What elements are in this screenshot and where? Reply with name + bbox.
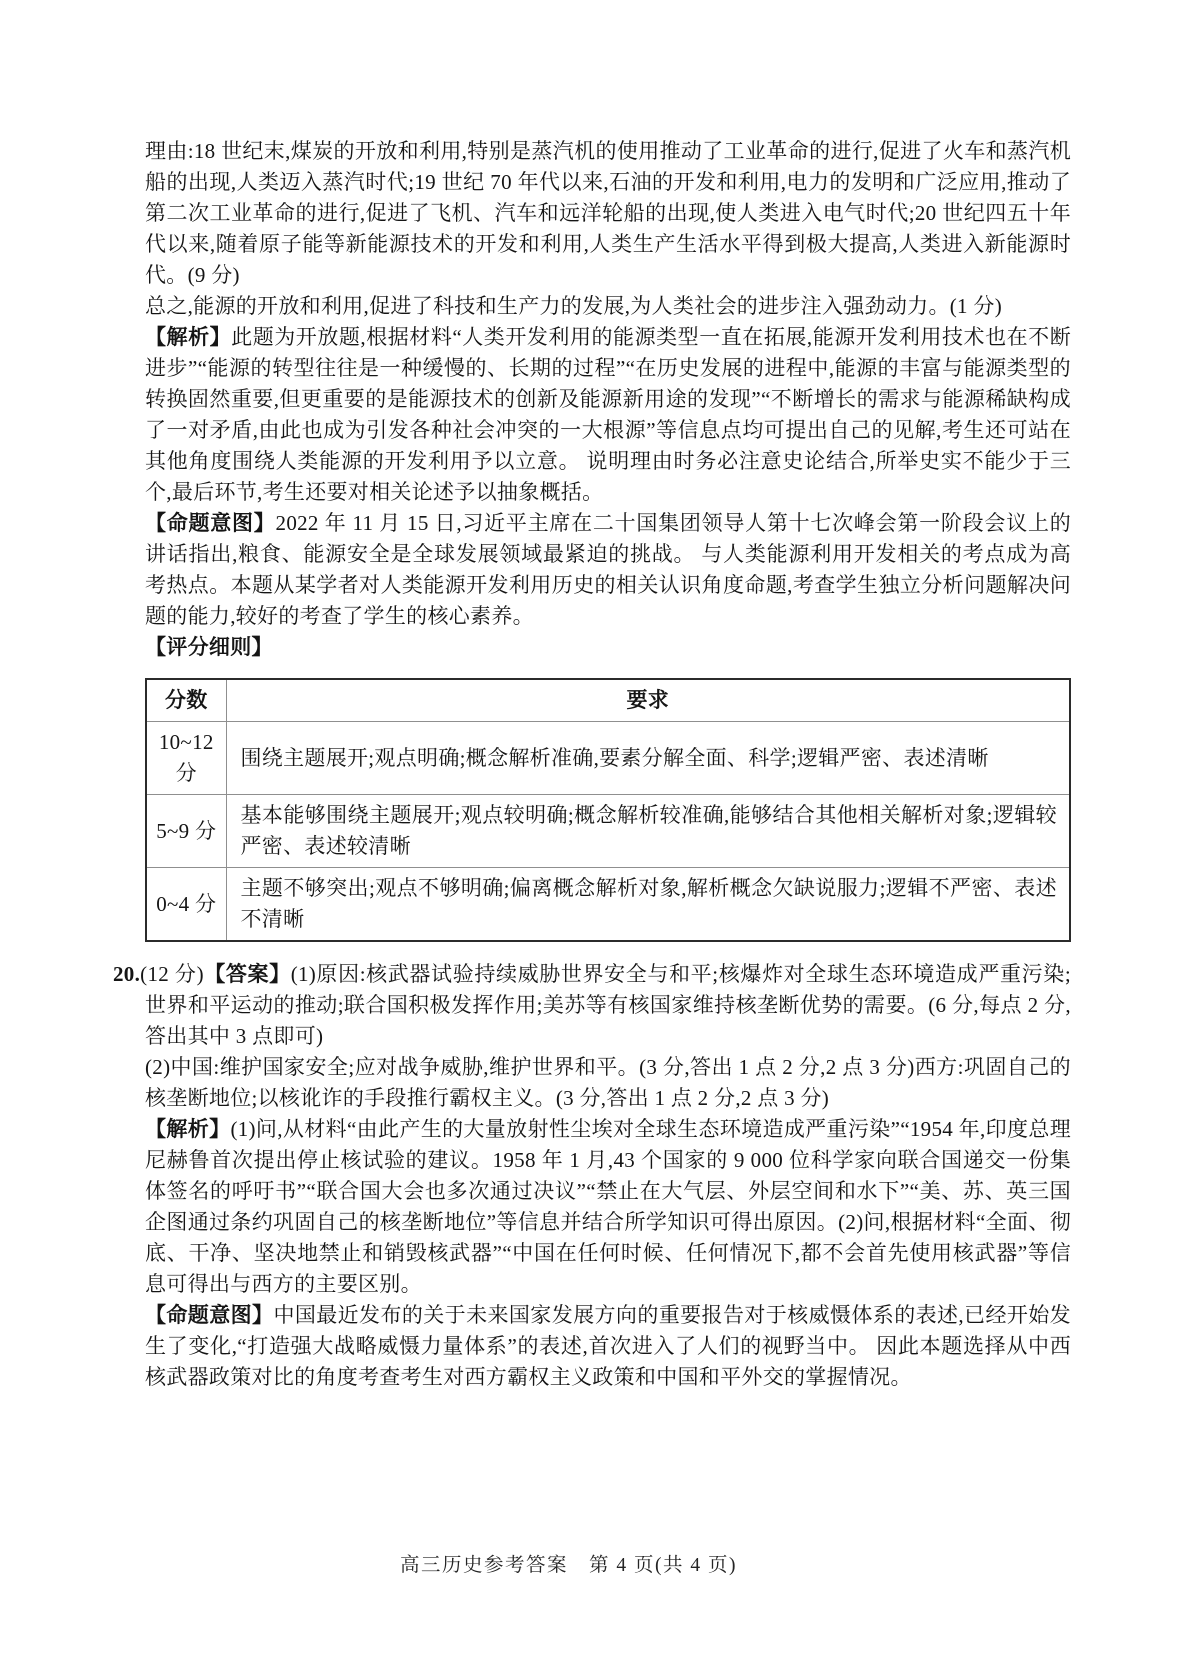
rubric-score-cell: 0~4 分 — [146, 868, 226, 942]
intent-text: 2022 年 11 月 15 日,习近平主席在二十国集团领导人第十七次峰会第一阶… — [145, 511, 1071, 628]
rubric-label: 【评分细则】 — [145, 635, 273, 659]
analysis-label: 【解析】 — [145, 1117, 230, 1141]
page-footer: 高三历史参考答案 第 4 页(共 4 页) — [400, 1549, 737, 1577]
rubric-score-header: 分数 — [146, 679, 226, 722]
rubric-table: 分数 要求 10~12 分 围绕主题展开;观点明确;概念解析准确,要素分解全面、… — [145, 678, 1071, 942]
rubric-requirement-cell: 围绕主题展开;观点明确;概念解析准确,要素分解全面、科学;逻辑严密、表述清晰 — [226, 722, 1070, 795]
intent-text: 中国最近发布的关于未来国家发展方向的重要报告对于核威慑体系的表述,已经开始发生了… — [145, 1303, 1071, 1389]
analysis-text: 此题为开放题,根据材料“人类开发利用的能源类型一直在拓展,能源开发利用技术也在不… — [145, 325, 1071, 504]
q20-analysis-paragraph: 【解析】(1)问,从材料“由此产生的大量放射性尘埃对全球生态环境造成严重污染”“… — [145, 1114, 1071, 1300]
q19-analysis-paragraph: 【解析】此题为开放题,根据材料“人类开发利用的能源类型一直在拓展,能源开发利用技… — [145, 322, 1071, 508]
document-page: 理由:18 世纪末,煤炭的开放和利用,特别是蒸汽机的使用推动了工业革命的进行,促… — [0, 0, 1200, 1673]
rubric-requirement-header: 要求 — [226, 679, 1070, 722]
rubric-requirement-cell: 基本能够围绕主题展开;观点较明确;概念解析较准确,能够结合其他相关解析对象;逻辑… — [226, 795, 1070, 868]
q20-intent-paragraph: 【命题意图】中国最近发布的关于未来国家发展方向的重要报告对于核威慑体系的表述,已… — [145, 1300, 1071, 1393]
q20-item: 20.(12 分)【答案】(1)原因:核武器试验持续威胁世界安全与和平;核爆炸对… — [145, 959, 1071, 1393]
q20-answer-paragraph-2: (2)中国:维护国家安全;应对战争威胁,维护世界和平。(3 分,答出 1 点 2… — [145, 1052, 1071, 1114]
rubric-heading: 【评分细则】 — [145, 632, 1071, 663]
rubric-row: 0~4 分 主题不够突出;观点不够明确;偏离概念解析对象,解析概念欠缺说服力;逻… — [146, 868, 1070, 942]
rubric-score-cell: 5~9 分 — [146, 795, 226, 868]
intent-label: 【命题意图】 — [145, 511, 276, 535]
q19-intent-paragraph: 【命题意图】2022 年 11 月 15 日,习近平主席在二十国集团领导人第十七… — [145, 508, 1071, 632]
rubric-header-row: 分数 要求 — [146, 679, 1070, 722]
answer-sheet-content: 理由:18 世纪末,煤炭的开放和利用,特别是蒸汽机的使用推动了工业革命的进行,促… — [145, 136, 1071, 1393]
q19-answer-paragraph-2: 总之,能源的开放和利用,促进了科技和生产力的发展,为人类社会的进步注入强劲动力。… — [145, 291, 1071, 322]
q19-answer-paragraph-1: 理由:18 世纪末,煤炭的开放和利用,特别是蒸汽机的使用推动了工业革命的进行,促… — [145, 136, 1071, 291]
q20-number: 20. — [113, 962, 140, 986]
rubric-requirement-cell: 主题不够突出;观点不够明确;偏离概念解析对象,解析概念欠缺说服力;逻辑不严密、表… — [226, 868, 1070, 942]
answer-label: 【答案】 — [204, 962, 291, 986]
q20-answer-paragraph-1: 20.(12 分)【答案】(1)原因:核武器试验持续威胁世界安全与和平;核爆炸对… — [145, 959, 1071, 1052]
rubric-score-cell: 10~12 分 — [146, 722, 226, 795]
analysis-text: (1)问,从材料“由此产生的大量放射性尘埃对全球生态环境造成严重污染”“1954… — [145, 1117, 1071, 1296]
analysis-label: 【解析】 — [145, 325, 231, 349]
rubric-row: 10~12 分 围绕主题展开;观点明确;概念解析准确,要素分解全面、科学;逻辑严… — [146, 722, 1070, 795]
rubric-row: 5~9 分 基本能够围绕主题展开;观点较明确;概念解析较准确,能够结合其他相关解… — [146, 795, 1070, 868]
q20-score: (12 分) — [140, 962, 204, 986]
intent-label: 【命题意图】 — [145, 1303, 273, 1327]
